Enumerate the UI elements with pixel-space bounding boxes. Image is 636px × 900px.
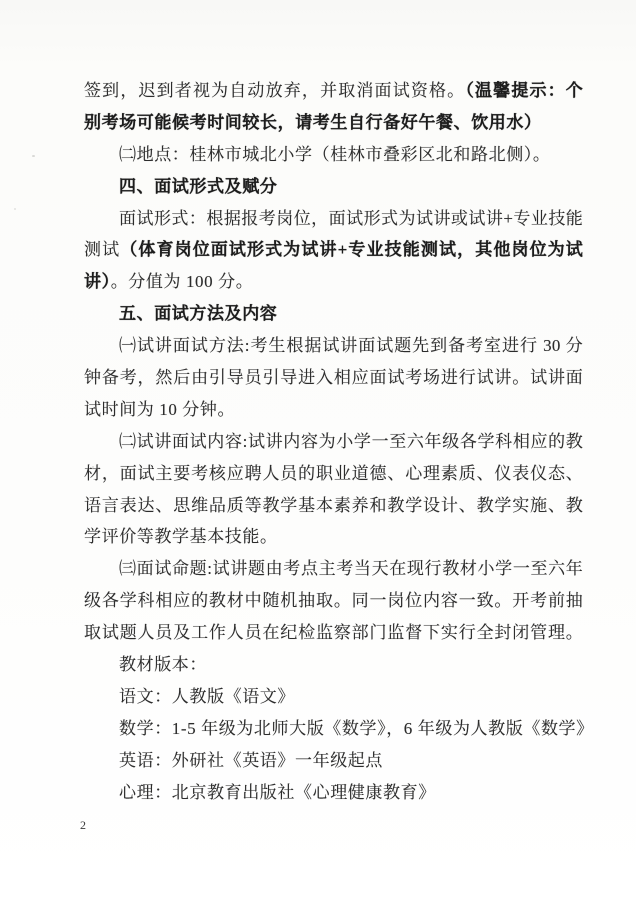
doc-line: ㈢面试命题:试讲题由考点主考当天在现行教材小学一至六年 [84,553,583,585]
text-segment: 材，面试主要考核应聘人员的职业道德、心理素质、仪表仪态、 [84,464,583,483]
scan-speck [92,466,94,468]
doc-line: ㈡试讲面试内容:试讲内容为小学一至六年级各学科相应的教 [84,426,583,458]
bold-text-segment: 五、面试方法及内容 [119,304,277,323]
bold-text-segment: 四、面试形式及赋分 [119,177,277,196]
doc-line: 面试形式：根据报考岗位，面试形式为试讲或试讲+专业技能 [84,203,583,235]
text-segment: 英语：外研社《英语》一年级起点 [119,751,383,770]
scan-speck [32,155,35,157]
text-segment: 级各学科相应的教材中随机抽取。同一岗位内容一致。开考前抽 [84,591,583,610]
doc-line: 测试（体育岗位面试形式为试讲+专业技能测试，其他岗位为试 [84,234,583,266]
text-segment: 数学：1-5 年级为北师大版《数学》，6 年级为人教版《数学》 [119,719,594,738]
text-segment: 取试题人员及工作人员在纪检监察部门监督下实行全封闭管理。 [84,623,583,642]
scan-speck [14,208,16,210]
text-segment: 测试 [84,240,120,259]
text-segment: 学评价等教学基本技能。 [84,527,278,546]
doc-line: 材，面试主要考核应聘人员的职业道德、心理素质、仪表仪态、 [84,458,583,490]
text-segment: 心理：北京教育出版社《心理健康教育》 [119,783,436,802]
page-number: 2 [80,818,87,833]
doc-line: 四、面试形式及赋分 [84,171,583,203]
doc-line: ㈡地点：桂林市城北小学（桂林市叠彩区北和路北侧）。 [84,139,583,171]
bold-text-segment: 讲） [84,272,111,291]
doc-line: 钟备考，然后由引导员引导进入相应面试考场进行试讲。试讲面 [84,362,583,394]
text-segment: 语文：人教版《语文》 [119,687,295,706]
text-segment: 面试形式：根据报考岗位，面试形式为试讲或试讲+专业技能 [119,209,583,228]
bold-text-segment: （体育岗位面试形式为试讲+专业技能测试，其他岗位为试 [120,240,583,259]
text-segment: 签到，迟到者视为自动放弃，并取消面试资格。 [84,81,465,100]
doc-line: 讲）。分值为 100 分。 [84,266,583,298]
text-segment: 钟备考，然后由引导员引导进入相应面试考场进行试讲。试讲面 [84,368,583,387]
doc-line: 语言表达、思维品质等教学基本素养和教学设计、教学实施、教 [84,490,583,522]
bold-text-segment: （温馨提示：个 [465,81,583,100]
text-segment: ㈡试讲面试内容:试讲内容为小学一至六年级各学科相应的教 [119,432,583,451]
scanned-page: 签到，迟到者视为自动放弃，并取消面试资格。（温馨提示：个别考场可能候考时间较长，… [0,0,636,900]
text-segment: ㈠试讲面试方法:考生根据试讲面试题先到备考室进行 30 分 [119,336,583,355]
doc-line: 英语：外研社《英语》一年级起点 [84,745,583,777]
text-segment: ㈢面试命题:试讲题由考点主考当天在现行教材小学一至六年 [119,559,583,578]
doc-line: 语文：人教版《语文》 [84,681,583,713]
doc-line: 数学：1-5 年级为北师大版《数学》，6 年级为人教版《数学》 [84,713,583,745]
text-segment: 试时间为 10 分钟。 [84,400,235,419]
doc-line: 心理：北京教育出版社《心理健康教育》 [84,777,583,809]
doc-line: 取试题人员及工作人员在纪检监察部门监督下实行全封闭管理。 [84,617,583,649]
doc-line: 五、面试方法及内容 [84,298,583,330]
bold-text-segment: 别考场可能候考时间较长，请考生自行备好午餐、饮用水） [84,113,542,132]
text-segment: 语言表达、思维品质等教学基本素养和教学设计、教学实施、教 [84,496,583,515]
text-segment: 。分值为 100 分。 [111,272,254,291]
text-segment: ㈡地点：桂林市城北小学（桂林市叠彩区北和路北侧）。 [119,145,551,164]
doc-line: 别考场可能候考时间较长，请考生自行备好午餐、饮用水） [84,107,583,139]
text-segment: 教材版本： [119,655,207,674]
document-body: 签到，迟到者视为自动放弃，并取消面试资格。（温馨提示：个别考场可能候考时间较长，… [84,75,583,808]
doc-line: 试时间为 10 分钟。 [84,394,583,426]
doc-line: ㈠试讲面试方法:考生根据试讲面试题先到备考室进行 30 分 [84,330,583,362]
doc-line: 签到，迟到者视为自动放弃，并取消面试资格。（温馨提示：个 [84,75,583,107]
doc-line: 教材版本： [84,649,583,681]
doc-line: 级各学科相应的教材中随机抽取。同一岗位内容一致。开考前抽 [84,585,583,617]
doc-line: 学评价等教学基本技能。 [84,521,583,553]
